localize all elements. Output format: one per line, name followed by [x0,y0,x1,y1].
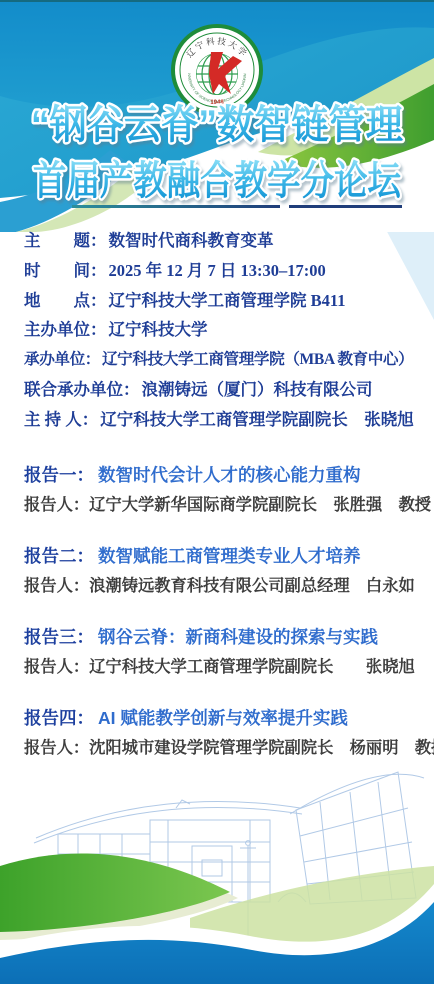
info-value: 浪潮铸远（厦门）科技有限公司 [142,380,373,399]
report-4: 报告四：AI 赋能教学创新与效率提升实践 报告人：沈阳城市建设学院管理学院副院长… [24,706,426,760]
report-3-presenter: 报告人：辽宁科技大学工商管理学院副院长 张晓旭 [24,655,426,679]
info-row-organizer: 承办单位：辽宁科技大学工商管理学院（MBA 教育中心） [24,345,434,375]
info-label: 承办单位： [24,351,100,368]
report-list: 报告一：数智时代会计人才的核心能力重构 报告人：辽宁大学新华国际商学院副院长 张… [24,463,426,787]
report-number: 报告四： [24,708,94,728]
info-value: 辽宁科技大学工商管理学院 B411 [109,291,346,310]
report-2-head: 报告二：数智赋能工商管理类专业人才培养 [24,544,426,568]
presenter-label: 报告人： [24,496,89,514]
presenter-label: 报告人： [24,577,89,595]
report-number: 报告三： [24,627,94,647]
report-3-head: 报告三：钢谷云脊：新商科建设的探索与实践 [24,625,426,649]
info-row-moderator: 主 持 人：辽宁科技大学工商管理学院副院长 张晓旭 [24,405,434,435]
info-label: 联合承办单位： [24,380,140,399]
info-row-location: 地 点：辽宁科技大学工商管理学院 B411 [24,286,434,316]
poster-title: “钢谷云脊”数智链管理 首届产教融合教学分论坛 [0,92,434,210]
report-2-presenter: 报告人：浪潮铸远教育科技有限公司副总经理 白永如 [24,574,426,598]
forum-poster: 辽宁科技大学 UNIVERSITY OF SCIENCE AND TECHNOL… [0,0,434,984]
info-value: 数智时代商科教育变革 [109,231,274,250]
info-row-topic: 主 题：数智时代商科教育变革 [24,226,434,256]
top-edge-strip [0,0,434,2]
title-underline-right [289,205,402,208]
info-value: 2025 年 12 月 7 日 13:30–17:00 [109,261,326,280]
report-title: 钢谷云脊：新商科建设的探索与实践 [98,627,378,647]
info-value: 辽宁科技大学工商管理学院（MBA 教育中心） [102,351,413,368]
title-line-1: “钢谷云脊”数智链管理 [31,103,403,147]
info-row-co-organizer: 联合承办单位：浪潮铸远（厦门）科技有限公司 [24,375,434,405]
info-label: 主办单位： [24,320,107,339]
info-value: 辽宁科技大学工商管理学院副院长 张晓旭 [100,410,414,429]
info-label: 地 点： [24,291,107,310]
presenter-label: 报告人： [24,739,89,757]
info-value: 辽宁科技大学 [109,320,208,339]
report-3: 报告三：钢谷云脊：新商科建设的探索与实践 报告人：辽宁科技大学工商管理学院副院长… [24,625,426,679]
presenter-name: 辽宁科技大学工商管理学院副院长 张晓旭 [89,658,415,676]
info-row-time: 时 间：2025 年 12 月 7 日 13:30–17:00 [24,256,434,286]
report-1: 报告一：数智时代会计人才的核心能力重构 报告人：辽宁大学新华国际商学院副院长 张… [24,463,426,517]
presenter-name: 辽宁大学新华国际商学院副院长 张胜强 教授 [89,496,431,514]
title-line-2: 首届产教融合教学分论坛 [33,159,402,203]
info-label: 时 间： [24,261,107,280]
report-number: 报告二： [24,546,94,566]
report-1-head: 报告一：数智时代会计人才的核心能力重构 [24,463,426,487]
info-label: 主 持 人： [24,410,98,429]
report-title: 数智时代会计人才的核心能力重构 [98,465,361,485]
report-1-presenter: 报告人：辽宁大学新华国际商学院副院长 张胜强 教授 [24,493,426,517]
event-info: 主 题：数智时代商科教育变革 时 间：2025 年 12 月 7 日 13:30… [24,226,434,435]
report-4-presenter: 报告人：沈阳城市建设学院管理学院副院长 杨丽明 教授 [24,736,426,760]
title-underline [72,205,402,208]
report-2: 报告二：数智赋能工商管理类专业人才培养 报告人：浪潮铸远教育科技有限公司副总经理… [24,544,426,598]
info-label: 主 题： [24,231,107,250]
info-row-host-org: 主办单位：辽宁科技大学 [24,315,434,345]
report-4-head: 报告四：AI 赋能教学创新与效率提升实践 [24,706,426,730]
report-title: AI 赋能教学创新与效率提升实践 [98,708,348,728]
presenter-name: 浪潮铸远教育科技有限公司副总经理 白永如 [89,577,415,595]
report-number: 报告一： [24,465,94,485]
report-title: 数智赋能工商管理类专业人才培养 [98,546,361,566]
presenter-label: 报告人： [24,658,89,676]
title-underline-left [72,205,280,208]
presenter-name: 沈阳城市建设学院管理学院副院长 杨丽明 教授 [89,739,434,757]
